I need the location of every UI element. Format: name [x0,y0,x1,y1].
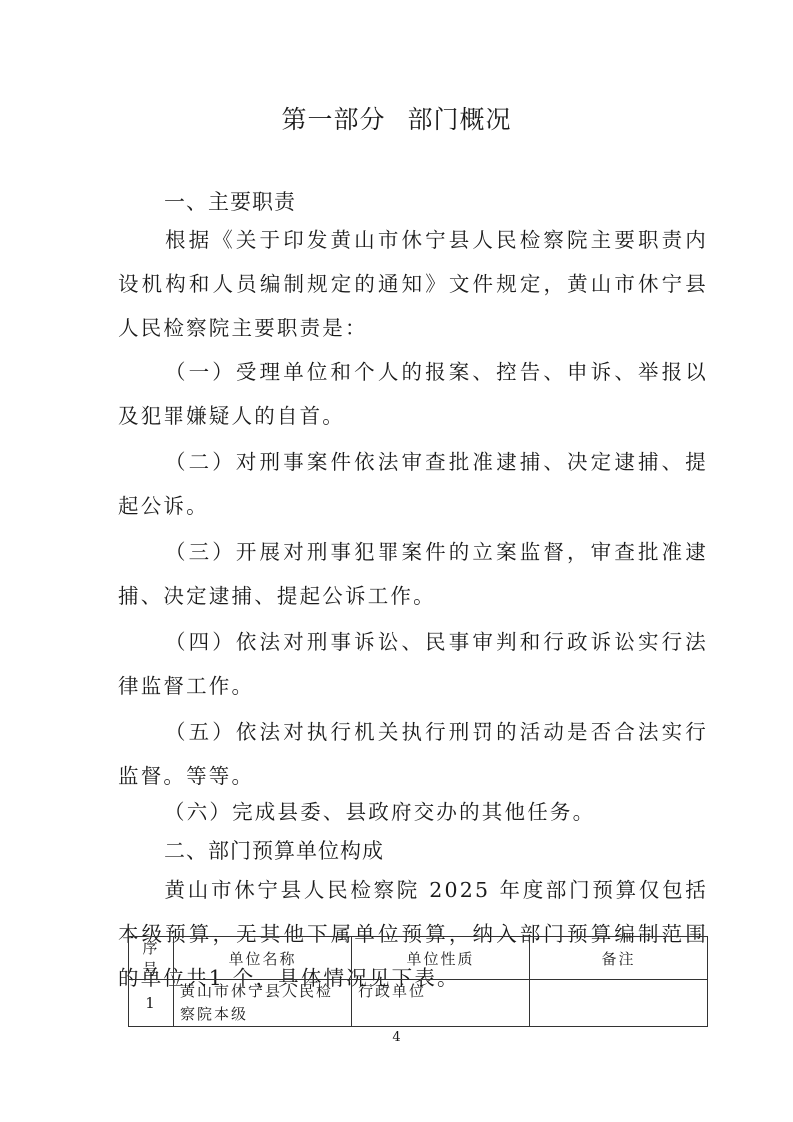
title-part: 第一部分 [281,105,385,134]
units-table: 序号 单位名称 单位性质 备注 1 黄山市休宁县人民检察院本级 行政单位 [128,936,708,1027]
page-title: 第一部分部门概况 [0,100,793,136]
table-row: 1 黄山市休宁县人民检察院本级 行政单位 [129,980,708,1027]
duty-item-5: （五）依法对执行机关执行刑罚的活动是否合法实行监督。等等。 [118,710,708,798]
col-header-remark: 备注 [530,937,708,980]
col-header-no: 序号 [129,937,174,980]
duty-item-1: （一）受理单位和个人的报案、控告、申诉、举报以及犯罪嫌疑人的自首。 [118,350,708,438]
duty-item-6: （六）完成县委、县政府交办的其他任务。 [118,790,708,834]
table-header-row: 序号 单位名称 单位性质 备注 [129,937,708,980]
cell-name: 黄山市休宁县人民检察院本级 [174,980,352,1027]
cell-nature: 行政单位 [352,980,530,1027]
duty-item-2: （二）对刑事案件依法审查批准逮捕、决定逮捕、提起公诉。 [118,440,708,528]
duty-item-4: （四）依法对刑事诉讼、民事审判和行政诉讼实行法律监督工作。 [118,620,708,708]
section-heading-duties: 一、主要职责 [164,186,296,216]
cell-remark [530,980,708,1027]
section-heading-units: 二、部门预算单位构成 [164,835,384,865]
page-number: 4 [0,1030,793,1045]
cell-no: 1 [129,980,174,1027]
col-header-name: 单位名称 [174,937,352,980]
col-header-nature: 单位性质 [352,937,530,980]
duty-item-3: （三）开展对刑事犯罪案件的立案监督，审查批准逮捕、决定逮捕、提起公诉工作。 [118,530,708,618]
duties-intro: 根据《关于印发黄山市休宁县人民检察院主要职责内设机构和人员编制规定的通知》文件规… [118,218,708,350]
title-name: 部门概况 [408,105,512,134]
